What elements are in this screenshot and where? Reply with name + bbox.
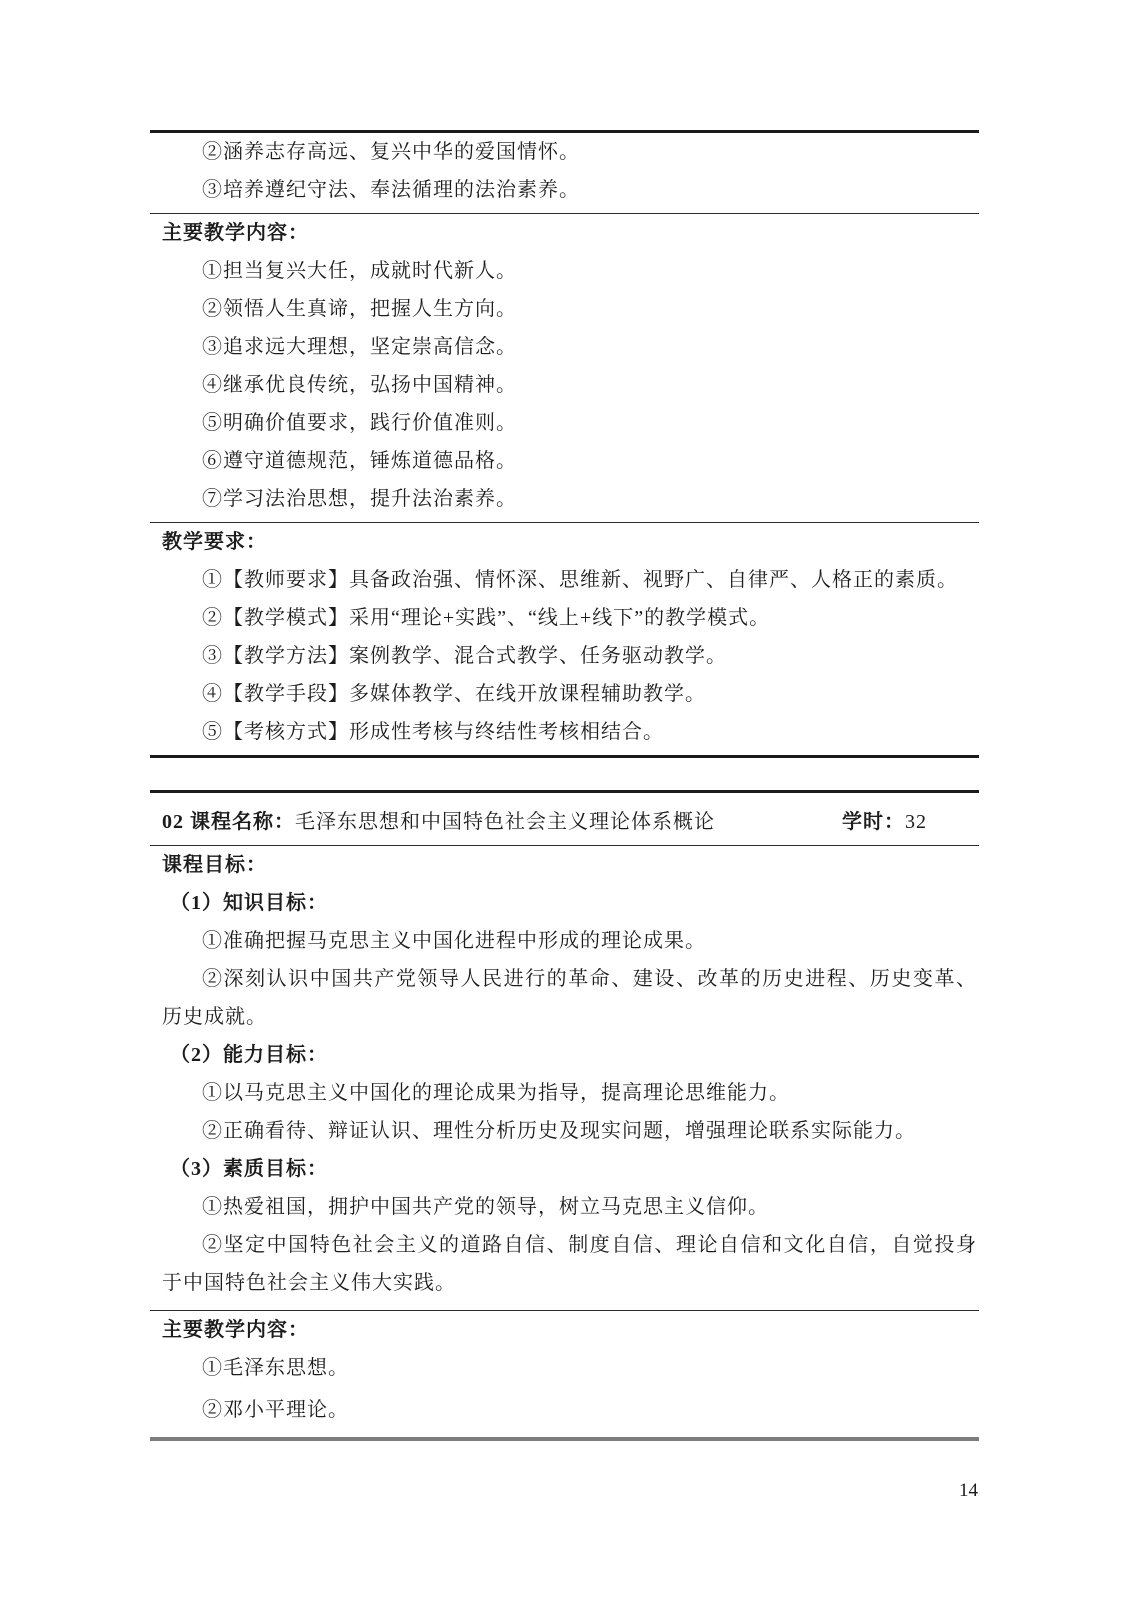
teaching-content-item: ①担当复兴大任，成就时代新人。	[150, 252, 979, 290]
knowledge-goals-heading: （1）知识目标：	[150, 884, 979, 922]
hours-value: 32	[905, 811, 927, 833]
course-objectives-heading: 课程目标：	[150, 846, 979, 884]
course-block-01-continued: ②涵养志存高远、复兴中华的爱国情怀。 ③培养遵纪守法、奉法循理的法治素养。 主要…	[150, 130, 979, 758]
course-name: 毛泽东思想和中国特色社会主义理论体系概论	[295, 811, 715, 833]
document-page: ②涵养志存高远、复兴中华的爱国情怀。 ③培养遵纪守法、奉法循理的法治素养。 主要…	[0, 0, 1131, 1600]
page-bottom-divider	[150, 1437, 979, 1441]
ability-goal-item: ②正确看待、辩证认识、理性分析历史及现实问题，增强理论联系实际能力。	[150, 1112, 979, 1150]
teaching-content-item: ⑤明确价值要求，践行价值准则。	[150, 404, 979, 442]
hours-label: 学时：	[842, 811, 905, 833]
teaching-content-item: ⑥遵守道德规范，锤炼道德品格。	[150, 442, 979, 480]
teaching-requirement-item: ④【教学手段】多媒体教学、在线开放课程辅助教学。	[150, 675, 979, 713]
page-content: ②涵养志存高远、复兴中华的爱国情怀。 ③培养遵纪守法、奉法循理的法治素养。 主要…	[150, 130, 979, 1441]
course-hours: 学时：32	[842, 805, 927, 834]
quality-goal-item: ②涵养志存高远、复兴中华的爱国情怀。	[150, 133, 979, 171]
ability-goals-heading: （2）能力目标：	[150, 1036, 979, 1074]
teaching-content-item: ①毛泽东思想。	[150, 1349, 979, 1387]
knowledge-goal-item: ①准确把握马克思主义中国化进程中形成的理论成果。	[150, 922, 979, 960]
teaching-content-item: ④继承优良传统，弘扬中国精神。	[150, 366, 979, 404]
course-number-label: 02 课程名称：	[162, 811, 295, 833]
teaching-requirements-heading: 教学要求：	[150, 523, 979, 561]
page-number: 14	[959, 1480, 978, 1502]
teaching-content-heading: 主要教学内容：	[150, 214, 979, 252]
teaching-content-item: ②领悟人生真谛，把握人生方向。	[150, 290, 979, 328]
quality-goal-item: ②坚定中国特色社会主义的道路自信、制度自信、理论自信和文化自信，自觉投身于中国特…	[150, 1226, 979, 1302]
quality-goal-item: ③培养遵纪守法、奉法循理的法治素养。	[150, 171, 979, 209]
teaching-content-item: ③追求远大理想，坚定崇高信念。	[150, 328, 979, 366]
teaching-content-heading: 主要教学内容：	[150, 1311, 979, 1349]
teaching-requirement-item: ①【教师要求】具备政治强、情怀深、思维新、视野广、自律严、人格正的素质。	[150, 561, 979, 599]
teaching-content-item: ⑦学习法治思想，提升法治素养。	[150, 480, 979, 518]
quality-goal-item: ①热爱祖国，拥护中国共产党的领导，树立马克思主义信仰。	[150, 1188, 979, 1226]
block-gap	[150, 758, 979, 790]
quality-goals-heading: （3）素质目标：	[150, 1150, 979, 1188]
teaching-requirement-item: ②【教学模式】采用“理论+实践”、“线上+线下”的教学模式。	[150, 599, 979, 637]
ability-goal-item: ①以马克思主义中国化的理论成果为指导，提高理论思维能力。	[150, 1074, 979, 1112]
teaching-requirement-item: ③【教学方法】案例教学、混合式教学、任务驱动教学。	[150, 637, 979, 675]
teaching-content-item: ②邓小平理论。	[150, 1391, 979, 1429]
course-header-row: 02 课程名称：毛泽东思想和中国特色社会主义理论体系概论 学时：32	[150, 793, 979, 845]
teaching-requirement-item: ⑤【考核方式】形成性考核与终结性考核相结合。	[150, 713, 979, 751]
knowledge-goal-item: ②深刻认识中国共产党领导人民进行的革命、建设、改革的历史进程、历史变革、历史成就…	[150, 960, 979, 1036]
course-title: 02 课程名称：毛泽东思想和中国特色社会主义理论体系概论	[162, 805, 715, 834]
course-block-02: 02 课程名称：毛泽东思想和中国特色社会主义理论体系概论 学时：32 课程目标：…	[150, 790, 979, 1441]
